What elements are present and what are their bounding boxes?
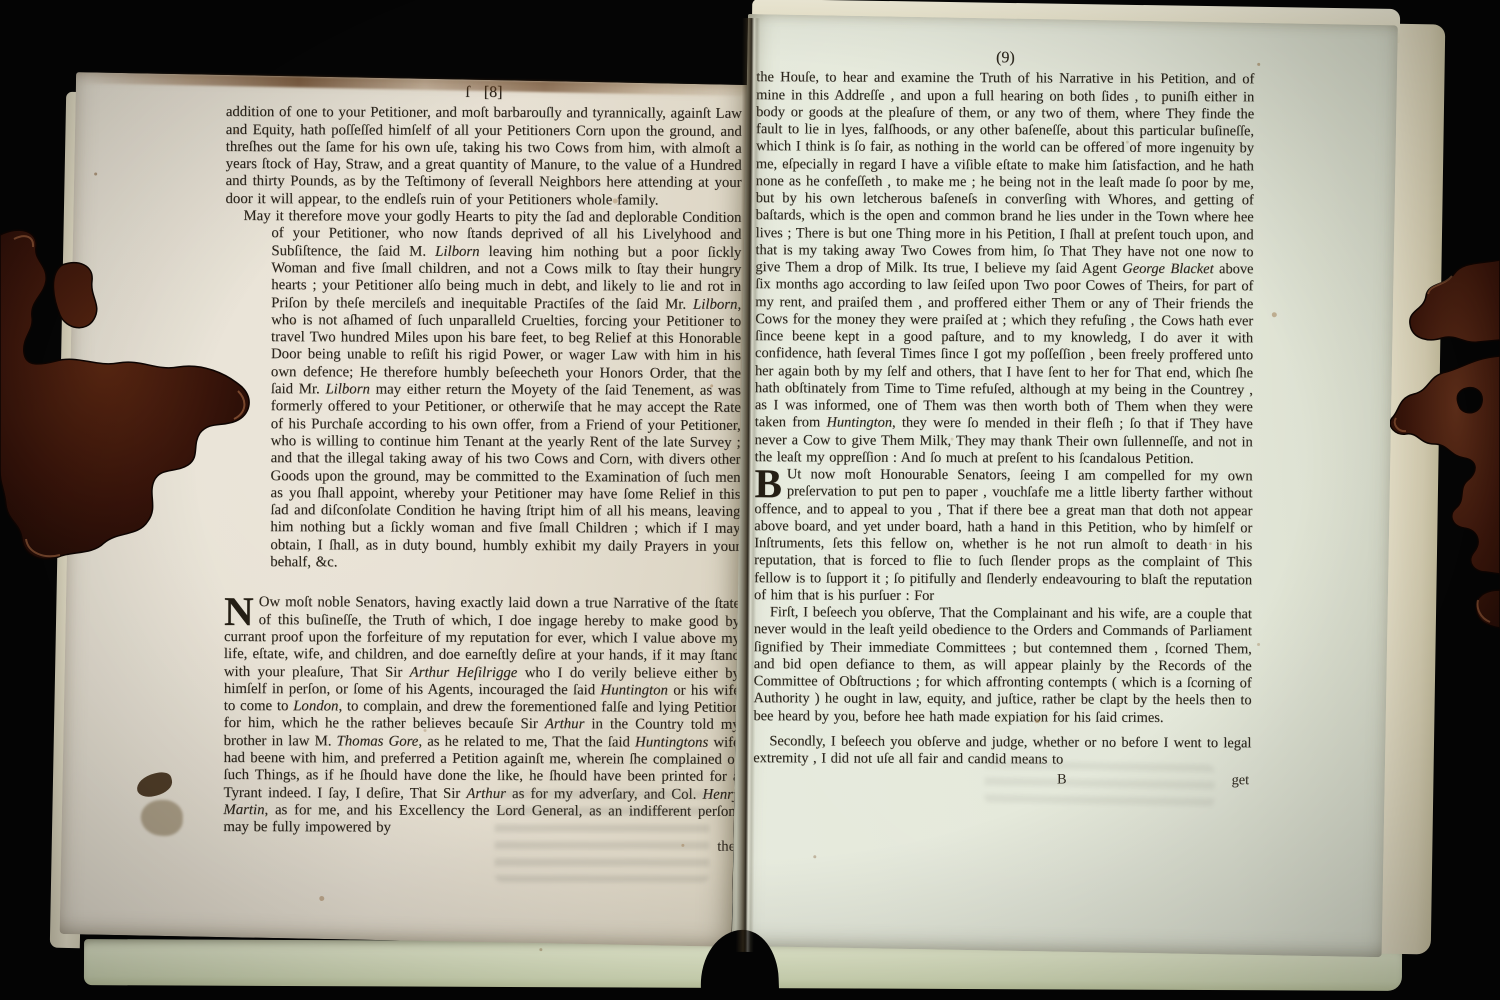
ink-stain [134,770,174,799]
paragraph: addition of one to your Petitioner, and … [226,104,742,210]
paragraph: NOw moſt noble Senators, having exactly … [223,594,740,838]
paragraph: Secondly, I beſeech you obſerve and judg… [753,733,1251,770]
catchword: the [223,837,739,856]
catchword: get [1232,772,1250,789]
text-column-left: ſ[8] addition of one to your Petitioner,… [223,83,742,857]
metal-clasp-left [0,225,260,570]
paragraph: May it therefore move your godly Hearts … [224,208,741,573]
page-number: (9) [756,48,1254,67]
paragraph: BUt now moſt Honourable Senators, ſeeing… [754,466,1253,606]
ink-stain-smudge [140,799,183,836]
foxing-specks [235,130,238,133]
photo-stage: ſ[8] addition of one to your Petitioner,… [0,0,1500,1000]
drop-cap: N [224,594,259,626]
paragraph: Firſt, I beſeech you obſerve, That the C… [753,604,1252,727]
metal-clasp-right [1390,260,1500,635]
text-column-right: (9) the Houſe, to hear and examine the T… [753,48,1254,792]
press-signature: B [1057,772,1067,789]
signature-line: B get [753,770,1251,792]
foxing-specks [1257,63,1260,66]
drop-cap: B [754,466,786,498]
page-right: (9) the Houſe, to hear and examine the T… [732,14,1398,957]
paragraph: the Houſe, to hear and examine the Truth… [755,69,1255,468]
